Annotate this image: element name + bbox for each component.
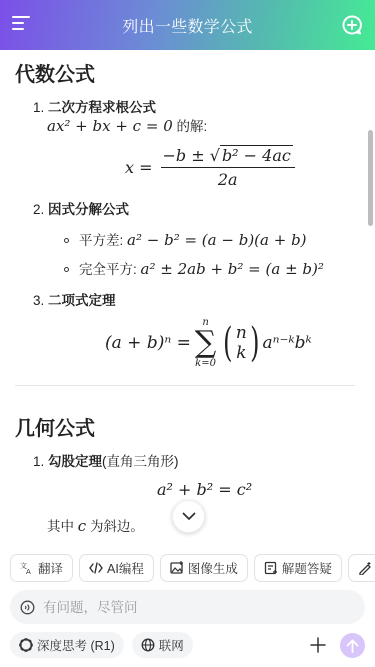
quadratic-intro: ax² + bx + c = 0 的解: [47, 115, 207, 135]
composer-input-box[interactable] [10, 590, 365, 624]
menu-icon[interactable] [12, 15, 34, 33]
scroll-down-button[interactable] [172, 500, 205, 533]
pythagorean-formula: a² + b² = c² [157, 480, 252, 499]
writing-icon [358, 561, 372, 575]
list-item-title: 1. 二次方程求根公式 [33, 96, 156, 116]
solve-icon [264, 561, 278, 575]
scrollbar[interactable] [368, 130, 373, 226]
bullet-icon [64, 267, 69, 272]
send-button[interactable] [340, 633, 365, 658]
chip-writing[interactable]: 帮 [348, 554, 375, 582]
chevron-down-icon [182, 512, 196, 521]
bullet-icon [64, 238, 69, 243]
translate-icon: 文A [20, 561, 34, 575]
deep-think-icon [19, 638, 33, 652]
web-search-toggle[interactable]: 联网 [132, 632, 193, 658]
deep-think-toggle[interactable]: 深度思考 (R1) [10, 632, 124, 658]
section-heading-algebra: 代数公式 [15, 58, 95, 87]
attach-plus-icon[interactable] [309, 636, 327, 654]
message-input[interactable] [43, 600, 343, 615]
chip-translate[interactable]: 文A 翻译 [10, 554, 73, 582]
image-gen-icon [170, 561, 184, 575]
chip-ai-coding[interactable]: AI编程 [79, 554, 154, 582]
composer-options: 深度思考 (R1) 联网 [10, 632, 193, 658]
arrow-up-icon [346, 639, 359, 653]
binomial-formula: (a + b)ⁿ = n ∑ k=0 ( n k ) aⁿ⁻ᵏbᵏ [105, 317, 312, 369]
app-header: 列出一些数学公式 [0, 0, 375, 50]
quick-actions-bar: 文A 翻译 AI编程 图像生成 解题答疑 帮 [10, 554, 375, 582]
list-item-title: 1. 勾股定理(直角三角形) [33, 450, 179, 470]
bullet-item: 平方差: a² − b² = (a − b)(a + b) [79, 229, 307, 249]
voice-icon[interactable] [20, 600, 35, 615]
list-item-title: 3. 二项式定理 [33, 289, 116, 309]
new-chat-icon[interactable] [341, 14, 363, 36]
page-title: 列出一些数学公式 [122, 14, 252, 37]
quadratic-formula: x = −b ± √b² − 4ac 2a [125, 146, 295, 189]
bullet-item: 完全平方: a² ± 2ab + b² = (a ± b)² [79, 258, 324, 278]
chip-image-gen[interactable]: 图像生成 [160, 554, 248, 582]
pythagorean-note: 其中 c 为斜边。 [47, 515, 144, 535]
chip-problem-solving[interactable]: 解题答疑 [254, 554, 342, 582]
list-item-title: 2. 因式分解公式 [33, 198, 129, 218]
svg-text:A: A [26, 568, 31, 575]
globe-icon [141, 638, 155, 652]
code-icon [89, 561, 103, 575]
divider [15, 385, 355, 386]
section-heading-geometry: 几何公式 [15, 412, 95, 441]
chat-content[interactable]: 代数公式 1. 二次方程求根公式 ax² + bx + c = 0 的解: x … [0, 50, 375, 545]
